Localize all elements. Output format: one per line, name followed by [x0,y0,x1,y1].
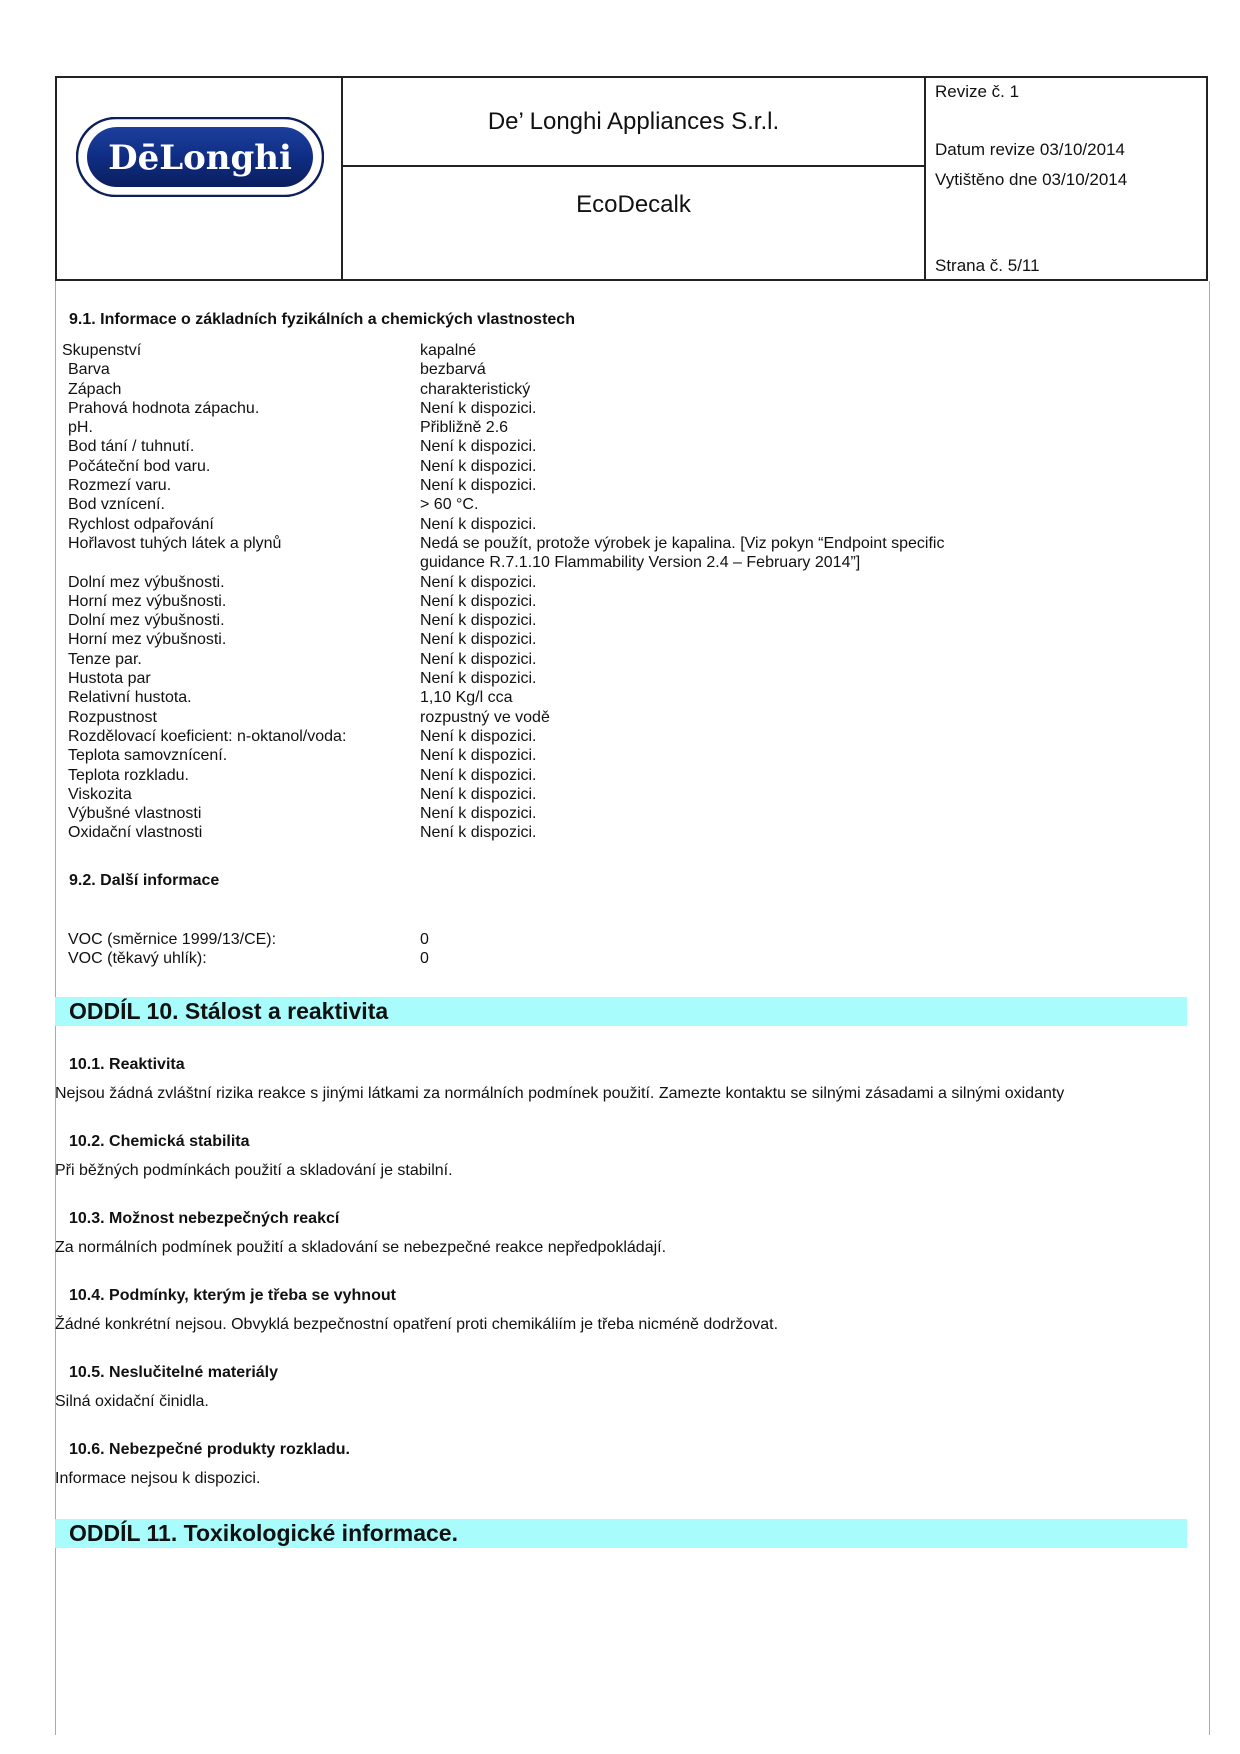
property-label: Rozmezí varu. [68,476,171,495]
property-label: Barva [68,360,110,379]
property-label: Teplota samovznícení. [68,746,227,765]
property-label: Prahová hodnota zápachu. [68,399,259,418]
paragraph-10-3: Za normálních podmínek použití a skladov… [55,1239,666,1257]
section-heading-10: ODDÍL 10. Stálost a reaktivita [55,997,1187,1026]
paragraph-10-2: Při běžných podmínkách použití a skladov… [55,1162,453,1180]
product-name: EcoDecalk [343,167,924,279]
property-value: Není k dispozici. [420,515,980,534]
property-label: Oxidační vlastnosti [68,823,202,842]
property-label: Bod tání / tuhnutí. [68,437,194,456]
document-header: DēLonghi De’ Longhi Appliances S.r.l. Ec… [55,76,1208,281]
voc-value: 0 [420,950,429,968]
property-value: Není k dispozici. [420,766,980,785]
property-value: > 60 °C. [420,495,980,514]
property-value: Není k dispozici. [420,399,980,418]
property-label: Rozpustnost [68,708,157,727]
paragraph-10-4: Žádné konkrétní nejsou. Obvyklá bezpečno… [55,1316,778,1334]
property-label: Výbušné vlastnosti [68,804,201,823]
property-label: Počáteční bod varu. [68,457,210,476]
property-value: Není k dispozici. [420,630,980,649]
subsection-heading-10-3: 10.3. Možnost nebezpečných reakcí [69,1210,339,1228]
property-value: Není k dispozici. [420,746,980,765]
page-frame-right [1209,281,1210,1735]
property-value: bezbarvá [420,360,980,379]
property-value: charakteristický [420,380,980,399]
property-value: rozpustný ve vodě [420,708,980,727]
property-value: Není k dispozici. [420,457,980,476]
property-label: Relativní hustota. [68,688,192,707]
property-value: Není k dispozici. [420,592,980,611]
delonghi-logo-icon: DēLonghi [76,117,324,197]
property-label: Rychlost odpařování [68,515,214,534]
property-label: Skupenství [62,341,141,360]
property-label: Tenze par. [68,650,142,669]
revision-date: Datum revize 03/10/2014 [935,140,1125,160]
section-heading-11: ODDÍL 11. Toxikologické informace. [55,1519,1187,1548]
property-label: pH. [68,418,93,437]
property-value: Není k dispozici. [420,650,980,669]
property-value: Není k dispozici. [420,785,980,804]
subsection-heading-10-2: 10.2. Chemická stabilita [69,1133,250,1151]
subsection-heading-9-2: 9.2. Další informace [69,872,219,890]
paragraph-10-6: Informace nejsou k dispozici. [55,1470,260,1488]
property-label: Zápach [68,380,121,399]
property-label: Horní mez výbušnosti. [68,630,226,649]
voc-value: 0 [420,931,429,949]
subsection-heading-10-4: 10.4. Podmínky, kterým je třeba se vyhno… [69,1287,396,1305]
property-label: Viskozita [68,785,132,804]
paragraph-10-5: Silná oxidační činidla. [55,1393,209,1411]
voc-label: VOC (směrnice 1999/13/CE): [68,931,276,949]
property-value: 1,10 Kg/l cca [420,688,980,707]
title-cell: De’ Longhi Appliances S.r.l. EcoDecalk [343,78,926,279]
property-value: Není k dispozici. [420,804,980,823]
property-value: Není k dispozici. [420,437,980,456]
property-value: Není k dispozici. [420,669,980,688]
property-value: Přibližně 2.6 [420,418,980,437]
page-number: Strana č. 5/11 [935,256,1040,276]
property-label: Teplota rozkladu. [68,766,189,785]
property-value: kapalné [420,341,980,360]
subsection-heading-9-1: 9.1. Informace o základních fyzikálních … [69,311,575,329]
logo-cell: DēLonghi [57,78,343,279]
subsection-heading-10-6: 10.6. Nebezpečné produkty rozkladu. [69,1441,350,1459]
property-label: Dolní mez výbušnosti. [68,611,225,630]
property-value: Není k dispozici. [420,823,980,842]
property-value: Nedá se použít, protože výrobek je kapal… [420,534,980,572]
property-value: Není k dispozici. [420,611,980,630]
svg-text:DēLonghi: DēLonghi [108,138,292,178]
property-label: Rozdělovací koeficient: n-oktanol/voda: [68,727,346,746]
property-value: Není k dispozici. [420,476,980,495]
property-value: Není k dispozici. [420,573,980,592]
printed-date: Vytištěno dne 03/10/2014 [935,170,1127,190]
property-label: Hustota par [68,669,151,688]
property-label: Hořlavost tuhých látek a plynů [68,534,281,553]
subsection-heading-10-5: 10.5. Neslučitelné materiály [69,1364,278,1382]
company-name: De’ Longhi Appliances S.r.l. [343,78,924,167]
voc-label: VOC (těkavý uhlík): [68,950,207,968]
revision-cell: Revize č. 1 Datum revize 03/10/2014 Vyti… [926,78,1206,279]
property-label: Dolní mez výbušnosti. [68,573,225,592]
property-value: Není k dispozici. [420,727,980,746]
paragraph-10-1: Nejsou žádná zvláštní rizika reakce s ji… [55,1085,1064,1103]
property-label: Horní mez výbušnosti. [68,592,226,611]
subsection-heading-10-1: 10.1. Reaktivita [69,1056,185,1074]
revision-number: Revize č. 1 [935,82,1019,102]
property-label: Bod vznícení. [68,495,165,514]
